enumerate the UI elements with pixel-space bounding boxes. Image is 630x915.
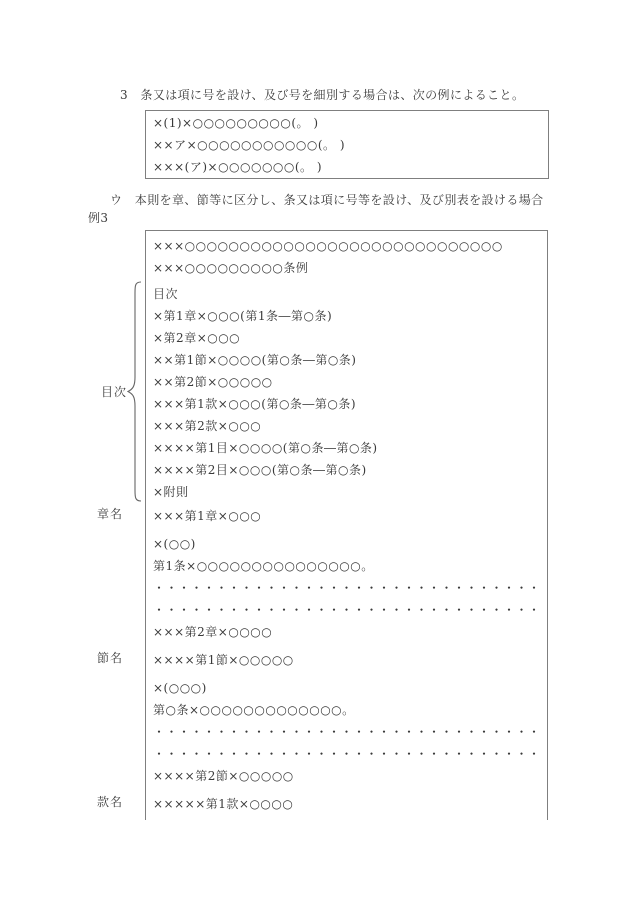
margin-label-toc: 目次 xyxy=(101,381,127,403)
example-line: ××ア×○○○○○○○○○○○(。 ) xyxy=(153,134,548,156)
dots-line: ・・・・・・・・・・・・・・・・・・・・・・・・・・・・・・・・ xyxy=(153,721,545,743)
toc-brace-icon xyxy=(127,281,143,502)
toc-line: ××××第1目×○○○○(第○条―第○条) xyxy=(153,437,545,459)
body-line: ×(○○○) xyxy=(153,677,545,699)
body-line: 第1条×○○○○○○○○○○○○○○○。 xyxy=(153,555,545,577)
toc-line: ××××第2目×○○○(第○条―第○条) xyxy=(153,459,545,481)
toc-line: ×附則 xyxy=(153,481,545,503)
margin-label-chapter: 章名 xyxy=(97,503,123,525)
example3-label: 例3 xyxy=(88,207,108,229)
subsection-heading-block: ×××××第1款×○○○○ xyxy=(153,793,545,815)
body-line: 第○条×○○○○○○○○○○○○○。 xyxy=(153,699,545,721)
document-page: 3 条又は項に号を設け、及び号を細別する場合は、次の例によること。 ×(1)×○… xyxy=(0,0,630,915)
item-u-heading: ウ 本則を章、節等に区分し、条又は項に号等を設け、及び別表を設ける場合 xyxy=(110,189,544,211)
section-body-block: ×(○○○) 第○条×○○○○○○○○○○○○○。 ・・・・・・・・・・・・・・… xyxy=(153,677,545,787)
body-line: ×××第2章×○○○○ xyxy=(153,621,545,643)
section-heading-line: ××××第1節×○○○○○ xyxy=(153,649,545,671)
toc-block: 目次 ×第1章×○○○(第1条―第○条) ×第2章×○○○ ××第1節×○○○○… xyxy=(153,283,545,503)
section-heading-block: ××××第1節×○○○○○ xyxy=(153,649,545,671)
toc-line: ×××第1款×○○○(第○条―第○条) xyxy=(153,393,545,415)
dots-line: ・・・・・・・・・・・・・・・・・・・・・・・・・・・・・・・・ xyxy=(153,577,545,599)
toc-line: ××第2節×○○○○○ xyxy=(153,371,545,393)
chapter-heading-block: ×××第1章×○○○ xyxy=(153,505,545,527)
example-box-3: ×××○○○○○○○○○○○○○○○○○○○○○○○○○○○○○ ×××○○○○… xyxy=(145,230,548,820)
toc-line: 目次 xyxy=(153,283,545,305)
example-line: ×××(ア)×○○○○○○○(。 ) xyxy=(153,156,548,178)
item-3-heading: 3 条又は項に号を設け、及び号を細別する場合は、次の例によること。 xyxy=(120,84,524,106)
title-line: ×××○○○○○○○○○○○○○○○○○○○○○○○○○○○○○ xyxy=(153,235,545,257)
margin-label-section: 節名 xyxy=(97,647,123,669)
toc-line: ×第1章×○○○(第1条―第○条) xyxy=(153,305,545,327)
body-line: ××××第2節×○○○○○ xyxy=(153,765,545,787)
title-line: ×××○○○○○○○○○条例 xyxy=(153,257,545,279)
chapter-heading-line: ×××第1章×○○○ xyxy=(153,505,545,527)
title-block: ×××○○○○○○○○○○○○○○○○○○○○○○○○○○○○○ ×××○○○○… xyxy=(153,235,545,279)
dots-line: ・・・・・・・・・・・・・・・・・・・・・・・・・・・・・・・・ xyxy=(153,599,545,621)
toc-line: ×××第2款×○○○ xyxy=(153,415,545,437)
subsection-heading-line: ×××××第1款×○○○○ xyxy=(153,793,545,815)
margin-label-subsection: 款名 xyxy=(97,791,123,813)
toc-line: ××第1節×○○○○(第○条―第○条) xyxy=(153,349,545,371)
example-line: ×(1)×○○○○○○○○○(。 ) xyxy=(153,112,548,134)
toc-line: ×第2章×○○○ xyxy=(153,327,545,349)
chapter-body-block: ×(○○) 第1条×○○○○○○○○○○○○○○○。 ・・・・・・・・・・・・・… xyxy=(153,533,545,643)
body-line: ×(○○) xyxy=(153,533,545,555)
dots-line: ・・・・・・・・・・・・・・・・・・・・・・・・・・・・・・・・ xyxy=(153,743,545,765)
example-box-numbering: ×(1)×○○○○○○○○○(。 ) ××ア×○○○○○○○○○○○(。 ) ×… xyxy=(145,110,549,179)
